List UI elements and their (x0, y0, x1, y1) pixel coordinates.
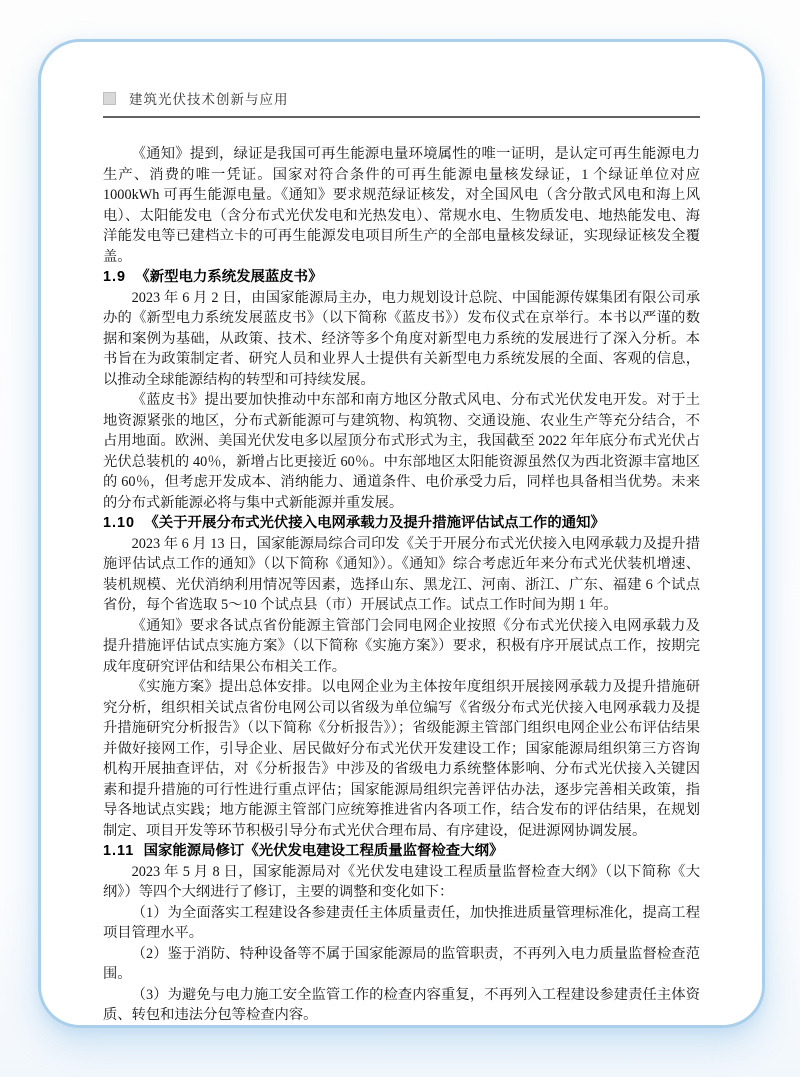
square-bullet-icon (103, 92, 116, 105)
section-number: 1.10 (103, 515, 135, 531)
page-body: 《通知》提到，绿证是我国可再生能源电量环境属性的唯一证明，是认定可再生能源电力生… (103, 144, 700, 1026)
section-heading-1-11: 1.11国家能源局修订《光伏发电建设工程质量监督检查大纲》 (103, 841, 700, 862)
paragraph-outline-revision: 2023 年 5 月 8 日，国家能源局对《光伏发电建设工程质量监督检查大纲》（… (103, 862, 700, 903)
section-number: 1.11 (103, 843, 134, 859)
paragraph-green-certificate: 《通知》提到，绿证是我国可再生能源电量环境属性的唯一证明，是认定可再生能源电力生… (103, 144, 700, 267)
section-heading-1-9: 1.9《新型电力系统发展蓝皮书》 (103, 267, 700, 288)
paragraph-bluebook-release: 2023 年 6 月 2 日，由国家能源局主办，电力规划设计总院、中国能源传媒集… (103, 288, 700, 391)
paragraph-pilot-notice: 2023 年 6 月 13 日，国家能源局综合司印发《关于开展分布式光伏接入电网… (103, 534, 700, 616)
book-title: 建筑光伏技术创新与应用 (129, 88, 289, 108)
section-number: 1.9 (103, 269, 126, 285)
paragraph-bluebook-content: 《蓝皮书》提出要加快推动中东部和南方地区分散式风电、分布式光伏发电开发。对于土地… (103, 390, 700, 513)
paragraph-implementation-plan: 《实施方案》提出总体安排。以电网企业为主体按年度组织开展接网承载力及提升措施研究… (103, 677, 700, 841)
section-heading-1-10: 1.10《关于开展分布式光伏接入电网承载力及提升措施评估试点工作的通知》 (103, 513, 700, 534)
section-title: 国家能源局修订《光伏发电建设工程质量监督检查大纲》 (144, 843, 504, 859)
list-item-2: （2）鉴于消防、特种设备等不属于国家能源局的监管职责，不再列入电力质量监督检查范… (103, 944, 700, 985)
section-title: 《关于开展分布式光伏接入电网承载力及提升措施评估试点工作的通知》 (144, 515, 605, 531)
running-header: 建筑光伏技术创新与应用 (103, 88, 700, 118)
book-page: 建筑光伏技术创新与应用 《通知》提到，绿证是我国可再生能源电量环境属性的唯一证明… (38, 39, 765, 1028)
section-title: 《新型电力系统发展蓝皮书》 (135, 269, 322, 285)
paragraph-pilot-requirement: 《通知》要求各试点省份能源主管部门会同电网企业按照《分布式光伏接入电网承载力及提… (103, 616, 700, 678)
list-item-1: （1）为全面落实工程建设各参建责任主体质量责任，加快推进质量管理标准化，提高工程… (103, 903, 700, 944)
page-content-area: 建筑光伏技术创新与应用 《通知》提到，绿证是我国可再生能源电量环境属性的唯一证明… (41, 42, 762, 1025)
list-item-3: （3）为避免与电力施工安全监管工作的检查内容重复，不再列入工程建设参建责任主体资… (103, 985, 700, 1026)
